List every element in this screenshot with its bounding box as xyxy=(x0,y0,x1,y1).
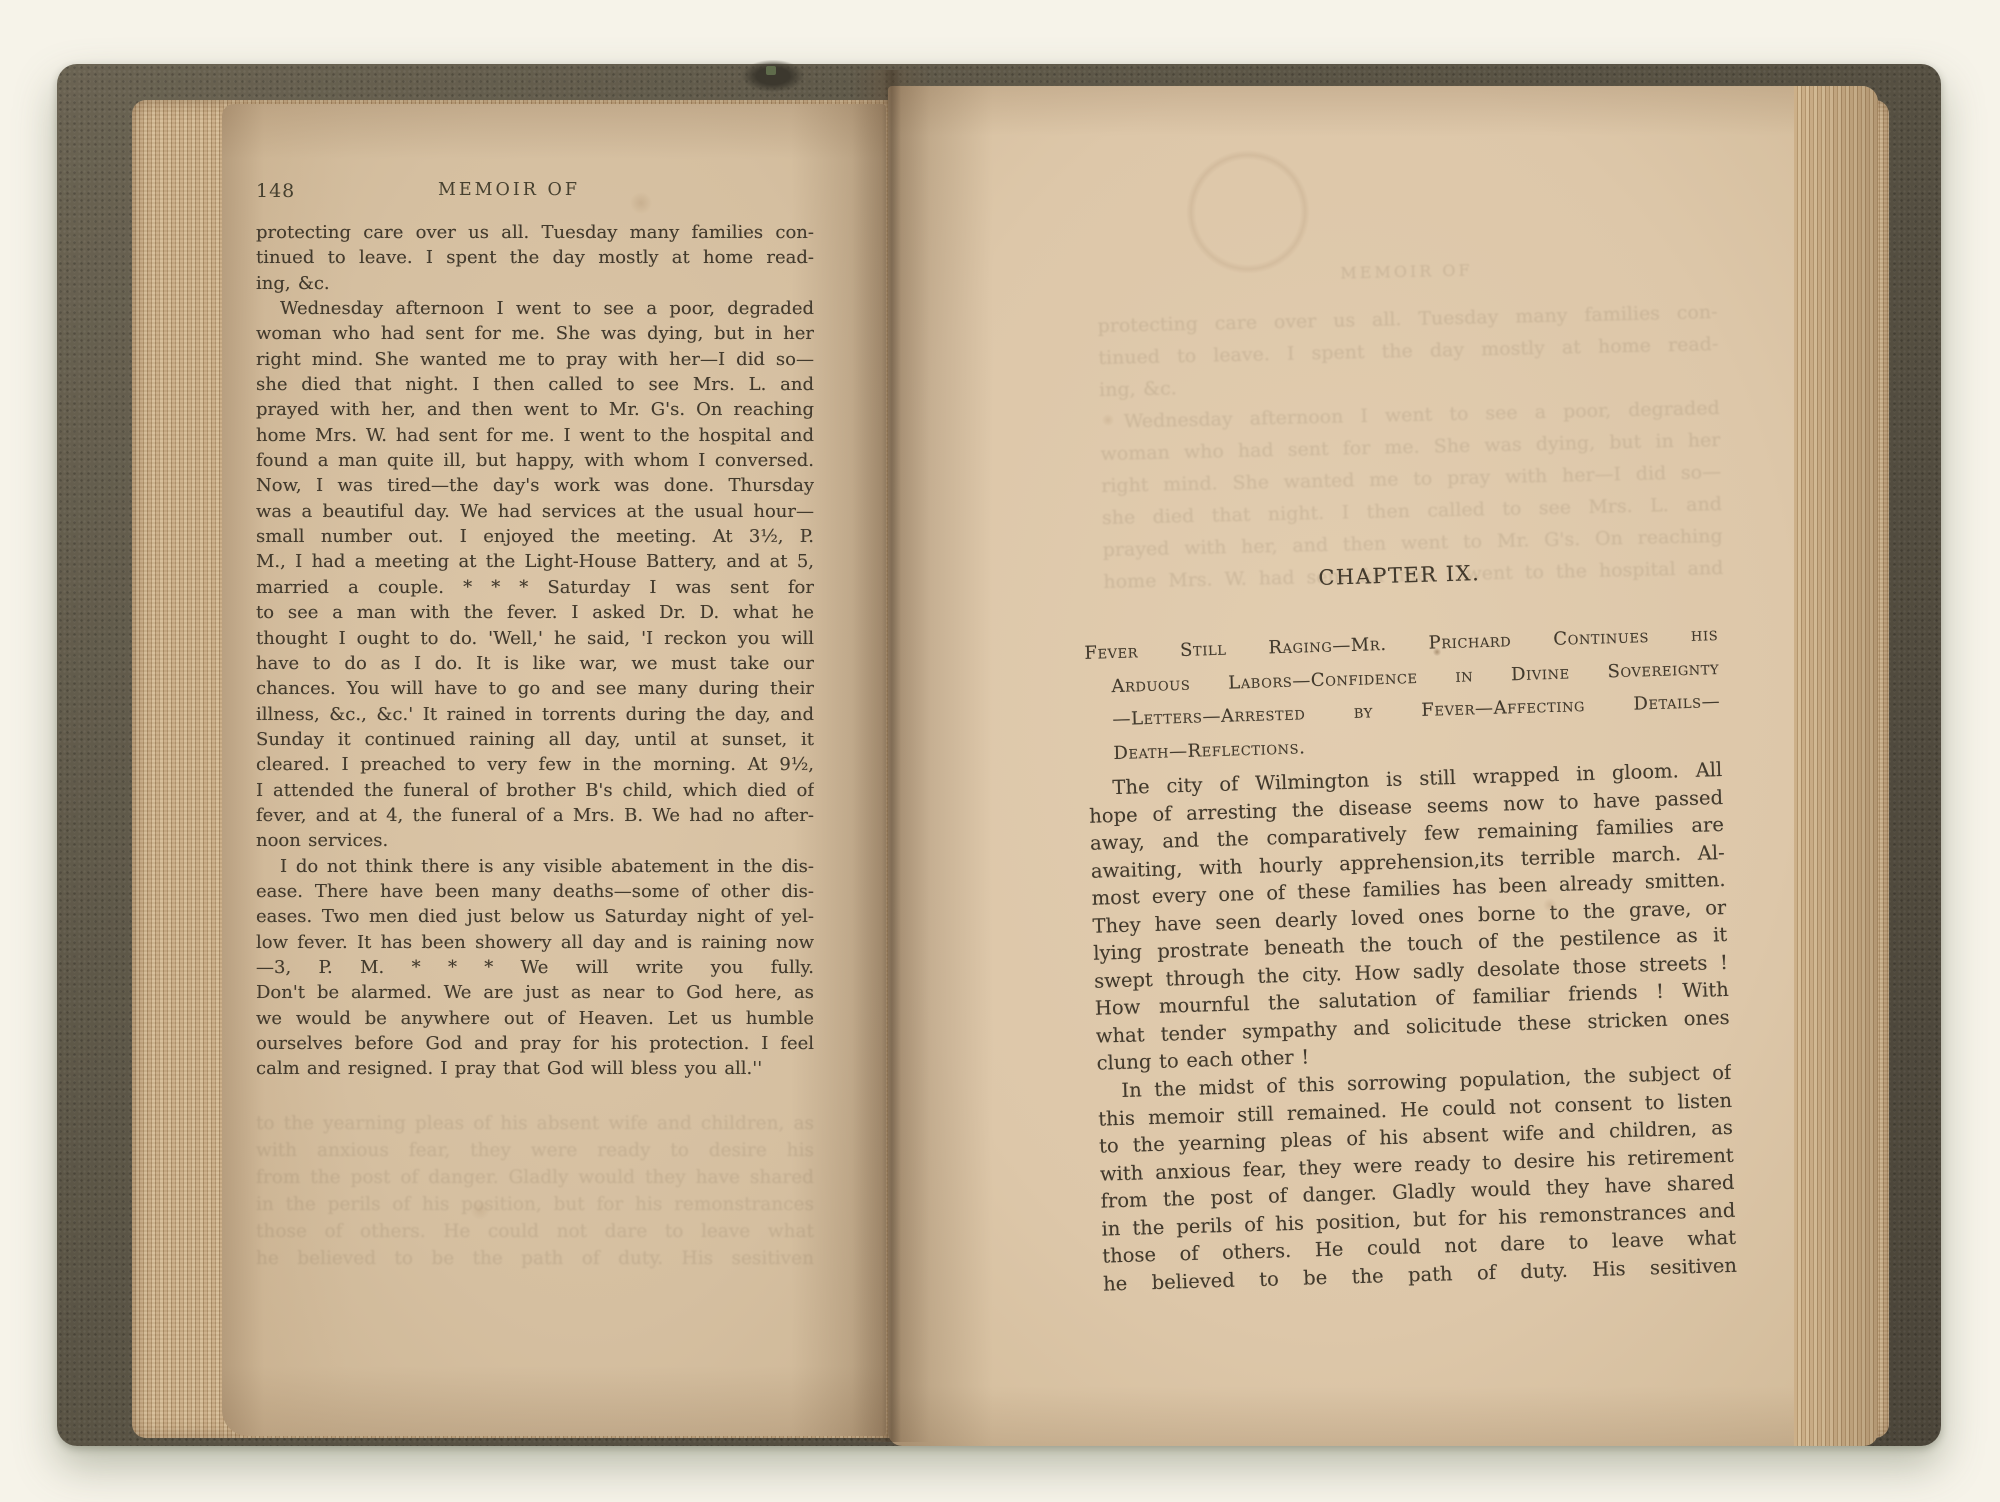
text-line: I do not think there is any visible abat… xyxy=(256,854,814,879)
text-line: tinued to leave. I spent the day mostly … xyxy=(256,245,814,270)
text-line: married a couple. * * * Saturday I was s… xyxy=(256,575,814,600)
text-line: Don't be alarmed. We are just as near to… xyxy=(256,980,814,1005)
text-line: eases. Two men died just below us Saturd… xyxy=(256,904,814,929)
text-line: was a beautiful day. We had services at … xyxy=(256,499,814,524)
text-line: cleared. I preached to very few in the m… xyxy=(256,752,814,777)
text-line: right mind. She wanted me to pray with h… xyxy=(256,347,814,372)
text-line: prayed with her, and then went to Mr. G'… xyxy=(256,397,814,422)
text-line: found a man quite ill, but happy, with w… xyxy=(256,448,814,473)
text-line: fever, and at 4, the funeral of a Mrs. B… xyxy=(256,803,814,828)
text-line: ing, &c. xyxy=(256,271,814,296)
text-line: —3, P. M. * * * We will write you fully. xyxy=(256,955,814,980)
text-line: with anxious fear, they were ready to de… xyxy=(256,1137,814,1164)
text-line: from the post of danger. Gladly would th… xyxy=(256,1164,814,1191)
text-line: we would be anywhere out of Heaven. Let … xyxy=(256,1006,814,1031)
book-photo: 148 MEMOIR OF protecting care over us al… xyxy=(0,0,2000,1502)
text-line: Sunday it continued raining all day, unt… xyxy=(256,727,814,752)
right-fore-edge xyxy=(1794,86,1878,1446)
text-line: woman who had sent for me. She was dying… xyxy=(256,321,814,346)
chapter-summary: Fever Still Raging—Mr. Prichard Continue… xyxy=(1084,618,1722,771)
text-line: thought I ought to do. 'Well,' he said, … xyxy=(256,626,814,651)
text-line: those of others. He could not dare to le… xyxy=(256,1218,814,1245)
text-line: ourselves before God and pray for his pr… xyxy=(256,1031,814,1056)
text-line: illness, &c., &c.' It rained in torrents… xyxy=(256,702,814,727)
right-page-text-block: CHAPTER IX. Fever Still Raging—Mr. Prich… xyxy=(1082,552,1737,1298)
text-line: chances. You will have to go and see man… xyxy=(256,676,814,701)
text-line: protecting care over us all. Tuesday man… xyxy=(256,220,814,245)
text-line: calm and resigned. I pray that God will … xyxy=(256,1056,814,1081)
right-page-show-through: MEMOIR OF protecting care over us all. T… xyxy=(1096,255,1723,598)
text-line: he believed to be the path of duty. His … xyxy=(256,1245,814,1272)
text-line: ease. There have been many deaths—some o… xyxy=(256,879,814,904)
text-line: small number out. I enjoyed the meeting.… xyxy=(256,524,814,549)
text-line: low fever. It has been showery all day a… xyxy=(256,930,814,955)
left-page-show-through: to the yearning pleas of his absent wife… xyxy=(256,1110,814,1272)
text-line: to the yearning pleas of his absent wife… xyxy=(256,1110,814,1137)
spine-headband xyxy=(742,60,804,92)
headband-thread xyxy=(766,66,776,75)
text-line: M., I had a meeting at the Light-House B… xyxy=(256,549,814,574)
running-header: MEMOIR OF xyxy=(230,180,788,200)
text-line: Wednesday afternoon I went to see a poor… xyxy=(256,296,814,321)
left-page-header: 148 MEMOIR OF xyxy=(256,180,814,206)
text-line: in the perils of his position, but for h… xyxy=(256,1191,814,1218)
text-line: she died that night. I then called to se… xyxy=(256,372,814,397)
text-line: to see a man with the fever. I asked Dr.… xyxy=(256,600,814,625)
text-line: I attended the funeral of brother B's ch… xyxy=(256,778,814,803)
right-page-body-text: The city of Wilmington is still wrapped … xyxy=(1088,756,1737,1298)
left-page-body-text: protecting care over us all. Tuesday man… xyxy=(256,220,814,1082)
text-line: have to do as I do. It is like war, we m… xyxy=(256,651,814,676)
text-line: Now, I was tired—the day's work was done… xyxy=(256,473,814,498)
text-line: noon services. xyxy=(256,828,814,853)
text-line: home Mrs. W. had sent for me. I went to … xyxy=(256,423,814,448)
